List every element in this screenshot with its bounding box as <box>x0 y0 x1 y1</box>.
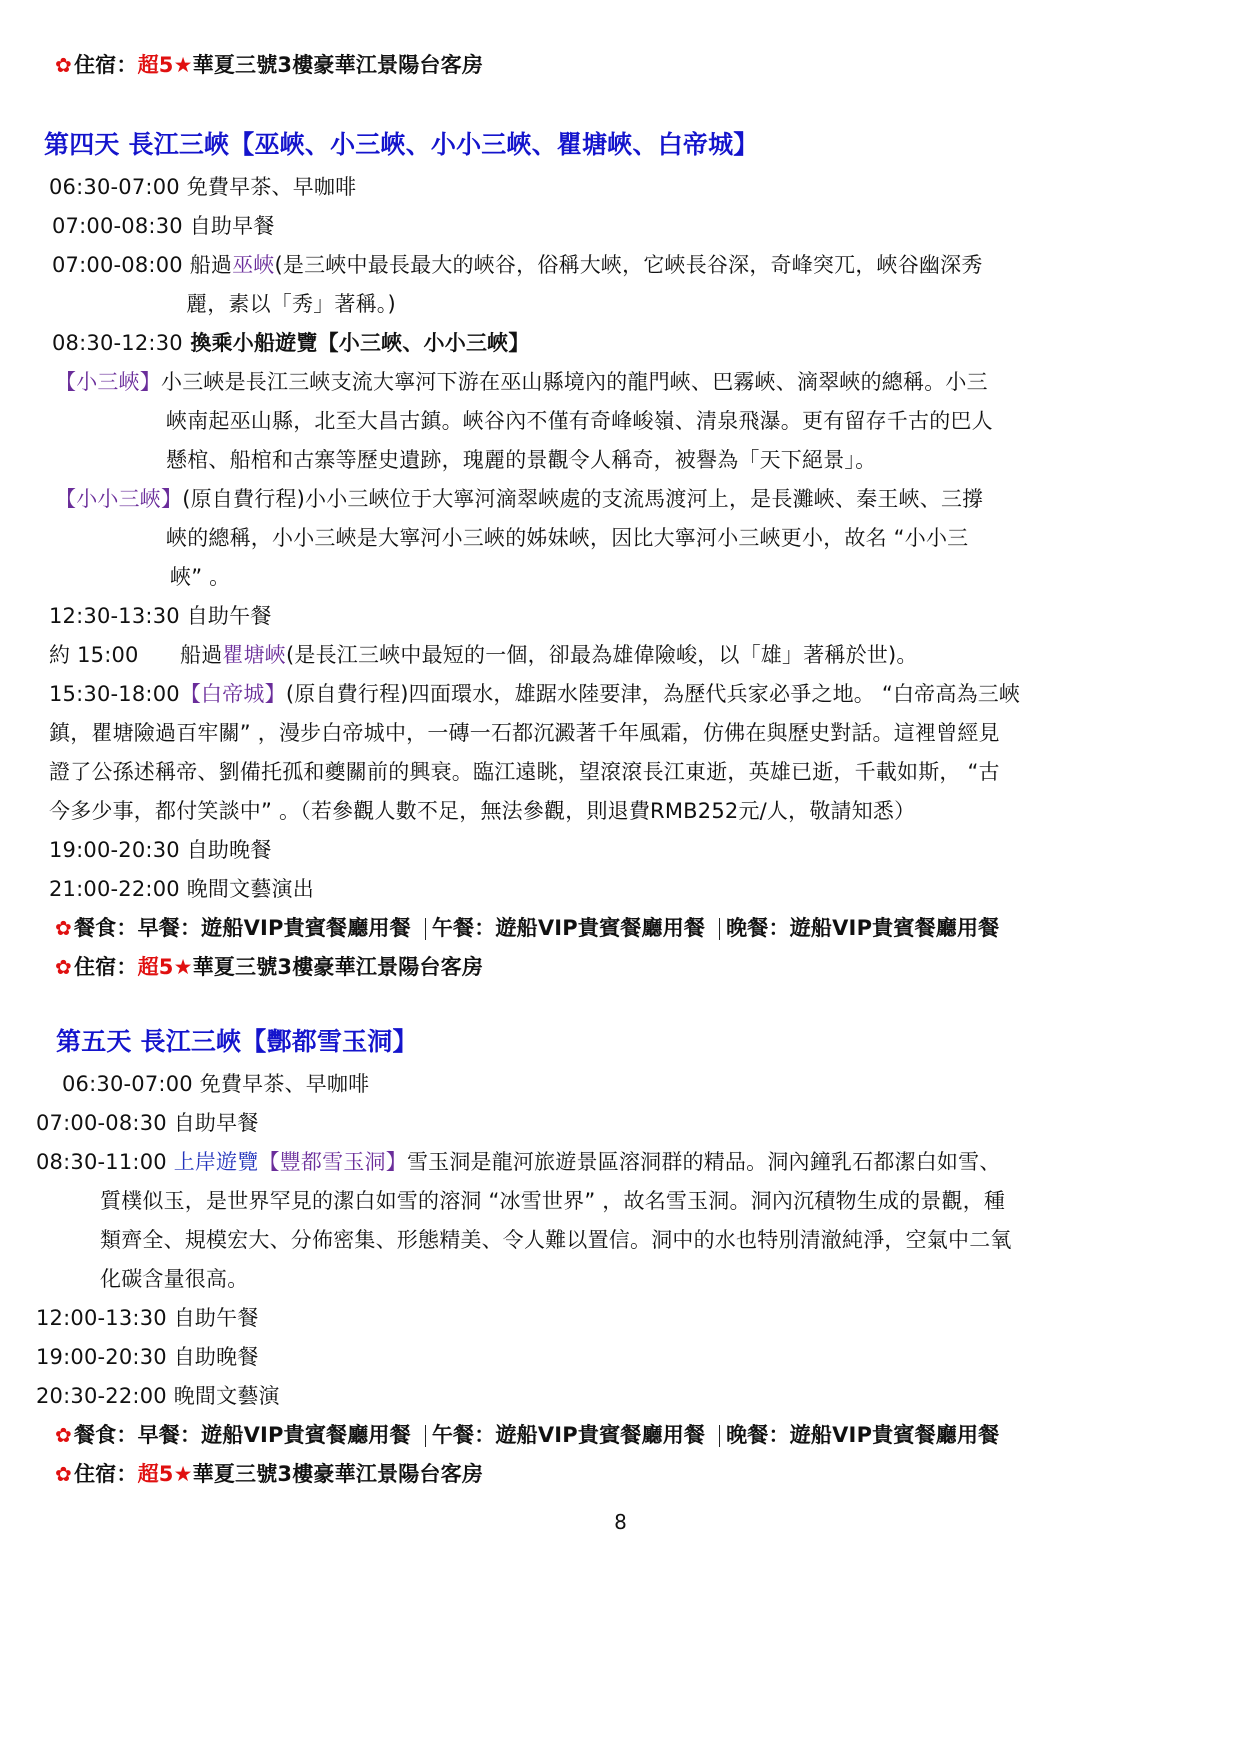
schedule-item: 06:30-07:00 免費早茶、早咖啡 <box>49 172 356 202</box>
divider <box>719 918 720 940</box>
schedule-item: 21:00-22:00 晚間文藝演出 <box>49 874 314 904</box>
day4-title: 第四天 長江三峽【巫峽、小三峽、小小三峽、瞿塘峽、白帝城】 <box>44 130 759 160</box>
meals-line-day4: ✿餐食：早餐：遊船VIP貴賓餐廳用餐午餐：遊船VIP貴賓餐廳用餐晚餐：遊船VIP… <box>55 913 999 943</box>
divider <box>719 1425 720 1447</box>
description-line: 今多少事，都付笑談中” 。（若參觀人數不足，無法參觀，則退費RMB252元/人，… <box>49 796 915 826</box>
flower-icon: ✿ <box>55 53 72 77</box>
lodging-line-day3: ✿住宿：超5★華夏三號3樓豪華江景陽台客房 <box>55 50 483 80</box>
description-line: 證了公孫述稱帝、劉備托孤和夔關前的興衰。臨江遠眺，望滾滾長江東逝，英雄已逝，千載… <box>49 757 1000 787</box>
schedule-item: 07:00-08:00 船過巫峽(是三峽中最長最大的峽谷，俗稱大峽，它峽長谷深，… <box>52 250 983 280</box>
description-line: 峽的總稱，小小三峽是大寧河小三峽的姊妹峽，因比大寧河小三峽更小，故名 “小小三 <box>166 523 968 553</box>
flower-icon: ✿ <box>55 1423 72 1447</box>
schedule-item: 07:00-08:30 自助早餐 <box>52 211 275 241</box>
star-rating: 超5★ <box>138 53 193 77</box>
schedule-item: 19:00-20:30 自助晚餐 <box>36 1342 259 1372</box>
schedule-item: 06:30-07:00 免費早茶、早咖啡 <box>62 1069 369 1099</box>
star-rating: 超5★ <box>138 955 193 979</box>
schedule-item: 20:30-22:00 晚間文藝演 <box>36 1381 280 1411</box>
day5-title: 第五天 長江三峽【酆都雪玉洞】 <box>56 1027 418 1057</box>
schedule-item: 08:30-11:00 上岸遊覽【豐都雪玉洞】雪玉洞是龍河旅遊景區溶洞群的精品。… <box>36 1147 1001 1177</box>
divider <box>425 1425 426 1447</box>
description-line: 峽南起巫山縣，北至大昌古鎮。峽谷內不僅有奇峰峻嶺、清泉飛瀑。更有留存千古的巴人 <box>166 406 993 436</box>
page-number: 8 <box>0 1510 1241 1534</box>
description-line: 峽” 。 <box>170 562 230 592</box>
lodging-line-day4: ✿住宿：超5★華夏三號3樓豪華江景陽台客房 <box>55 952 483 982</box>
schedule-item: 08:30-12:30 換乘小船遊覽【小三峽、小小三峽】 <box>52 328 530 358</box>
description-line: 化碳含量很高。 <box>100 1264 248 1294</box>
highlight-fengdu-cave: 【豐都雪玉洞】 <box>259 1150 407 1174</box>
description-line: 懸棺、船棺和古寨等歷史遺跡，瑰麗的景觀令人稱奇，被譽為「天下絕景」。 <box>166 445 876 475</box>
highlight-wu-gorge: 巫峽 <box>232 253 274 277</box>
star-rating: 超5★ <box>138 1462 193 1486</box>
flower-icon: ✿ <box>55 955 72 979</box>
schedule-item: 12:00-13:30 自助午餐 <box>36 1303 259 1333</box>
schedule-item: 07:00-08:30 自助早餐 <box>36 1108 259 1138</box>
schedule-item: 12:30-13:30 自助午餐 <box>49 601 272 631</box>
flower-icon: ✿ <box>55 1462 72 1486</box>
description-line: 鎮，瞿塘險過百牢關” ，漫步白帝城中，一磚一石都沉澱著千年風霜，仿佛在與歷史對話… <box>49 718 1000 748</box>
highlight-baidi-city: 【白帝城】 <box>180 682 286 706</box>
description-line: 類齊全、規模宏大、分佈密集、形態精美、令人難以置信。洞中的水也特別清澈純淨，空氣… <box>100 1225 1012 1255</box>
schedule-item-cont: 麗，素以「秀」著稱。) <box>186 289 396 319</box>
attraction-lesser-three-gorges: 【小三峽】小三峽是長江三峽支流大寧河下游在巫山縣境內的龍門峽、巴霧峽、滴翠峽的總… <box>55 367 988 397</box>
flower-icon: ✿ <box>55 916 72 940</box>
highlight-qutang-gorge: 瞿塘峽 <box>222 643 286 667</box>
schedule-item: 19:00-20:30 自助晚餐 <box>49 835 272 865</box>
attraction-mini-three-gorges: 【小小三峽】(原自費行程)小小三峽位于大寧河滴翠峽處的支流馬渡河上，是長灘峽、秦… <box>55 484 983 514</box>
divider <box>425 918 426 940</box>
description-line: 質樸似玉，是世界罕見的潔白如雪的溶洞 “冰雪世界” ，故名雪玉洞。洞內沉積物生成… <box>100 1186 1005 1216</box>
meals-line-day5: ✿餐食：早餐：遊船VIP貴賓餐廳用餐午餐：遊船VIP貴賓餐廳用餐晚餐：遊船VIP… <box>55 1420 999 1450</box>
schedule-item: 15:30-18:00【白帝城】(原自費行程)四面環水，雄踞水陸要津，為歷代兵家… <box>49 679 1020 709</box>
schedule-item: 約 15:00船過瞿塘峽(是長江三峽中最短的一個，卻最為雄偉險峻，以「雄」著稱於… <box>49 640 918 670</box>
lodging-line-day5: ✿住宿：超5★華夏三號3樓豪華江景陽台客房 <box>55 1459 483 1489</box>
